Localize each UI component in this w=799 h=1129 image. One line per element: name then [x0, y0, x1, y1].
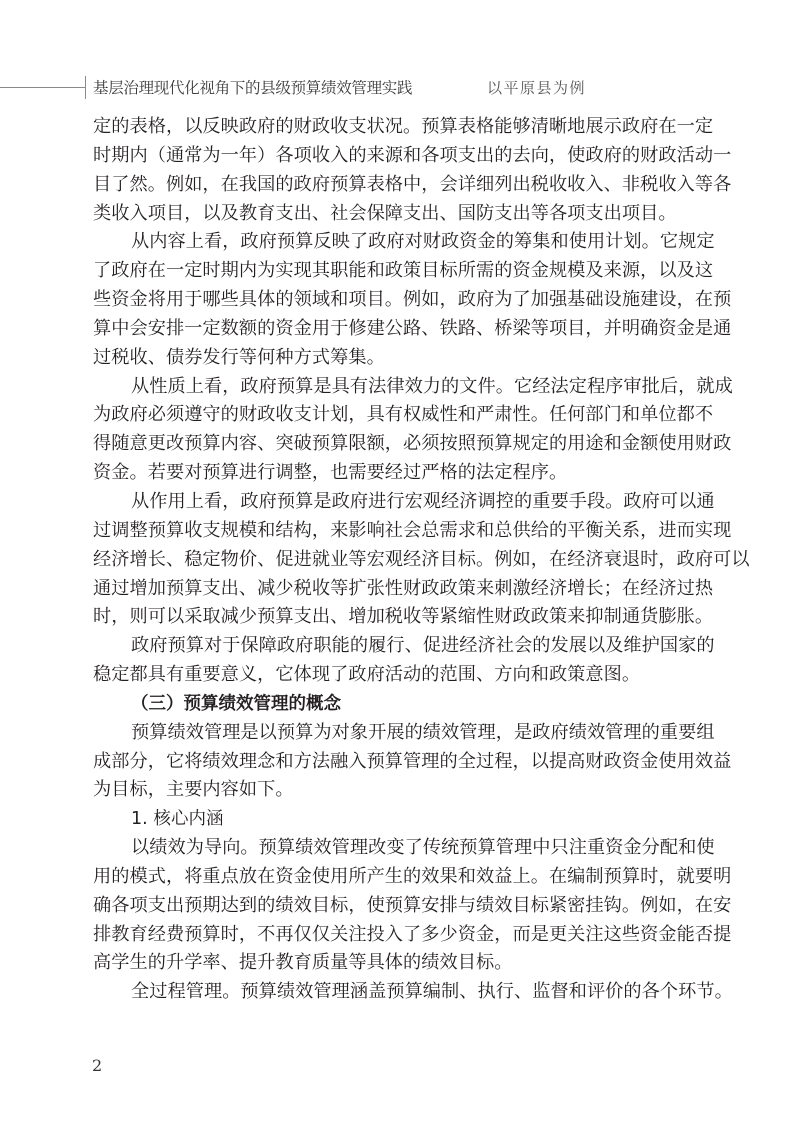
subsection-heading: 1. 核心内涵 — [93, 805, 683, 834]
paragraph-last-line: 高学生的升学率、提升教育质量等具体的绩效目标。 — [93, 949, 683, 978]
paragraph-last-line: 资金。若要对预算进行调整，也需要经过严格的法定程序。 — [93, 459, 683, 488]
paragraph-first-line: 预算绩效管理是以预算为对象开展的绩效管理，是政府绩效管理的重要组 — [93, 719, 683, 748]
text-line: 时期内（通常为一年）各项收入的来源和各项支出的去向，使政府的财政活动一 — [93, 142, 683, 171]
paragraph-last-line: 过税收、债券发行等何种方式筹集。 — [93, 344, 683, 373]
text-line: 成部分，它将绩效理念和方法融入预算管理的全过程，以提高财政资金使用效益 — [93, 748, 683, 777]
paragraph-first-line: 以绩效为导向。预算绩效管理改变了传统预算管理中只注重资金分配和使 — [93, 834, 683, 863]
text-line: 算中会安排一定数额的资金用于修建公路、铁路、桥梁等项目，并明确资金是通 — [93, 315, 683, 344]
text-line: 了政府在一定时期内为实现其职能和政策目标所需的资金规模及来源，以及这 — [93, 257, 683, 286]
text-line: 目了然。例如，在我国的政府预算表格中，会详细列出税收收入、非税收入等各 — [93, 171, 683, 200]
paragraph-first-line: 从作用上看，政府预算是政府进行宏观经济调控的重要手段。政府可以通 — [93, 488, 683, 517]
running-head: 基层治理现代化视角下的县级预算绩效管理实践 以平原县为例 — [0, 74, 799, 100]
text-line: 确各项支出预期达到的绩效目标，使预算安排与绩效目标紧密挂钩。例如，在安 — [93, 892, 683, 921]
paragraph-last-line: 为目标，主要内容如下。 — [93, 776, 683, 805]
paragraph-first-line: 政府预算对于保障政府职能的履行、促进经济社会的发展以及维护国家的 — [93, 632, 683, 661]
text-line: 过调整预算收支规模和结构，来影响社会总需求和总供给的平衡关系，进而实现 — [93, 517, 683, 546]
book-subtitle: 以平原县为例 — [487, 77, 586, 98]
page-number: 2 — [92, 1056, 102, 1075]
paragraph-last-line: 类收入项目，以及教育支出、社会保障支出、国防支出等各项支出项目。 — [93, 200, 683, 229]
paragraph-first-line: 从性质上看，政府预算是具有法律效力的文件。它经法定程序审批后，就成 — [93, 373, 683, 402]
book-title: 基层治理现代化视角下的县级预算绩效管理实践 — [93, 76, 412, 98]
text-line: 为政府必须遵守的财政收支计划，具有权威性和严肃性。任何部门和单位都不 — [93, 401, 683, 430]
text-line: 排教育经费预算时，不再仅仅关注投入了多少资金，而是更关注这些资金能否提 — [93, 921, 683, 950]
header-divider-tick — [85, 76, 86, 99]
paragraph-last-line: 时，则可以采取减少预算支出、增加税收等紧缩性财政政策来抑制通货膨胀。 — [93, 603, 683, 632]
text-line: 些资金将用于哪些具体的领域和项目。例如，政府为了加强基础设施建设，在预 — [93, 286, 683, 315]
paragraph-first-line: 全过程管理。预算绩效管理涵盖预算编制、执行、监督和评价的各个环节。 — [93, 978, 683, 1007]
paragraph-first-line: 从内容上看，政府预算反映了政府对财政资金的筹集和使用计划。它规定 — [93, 228, 683, 257]
text-line: 经济增长、稳定物价、促进就业等宏观经济目标。例如，在经济衰退时，政府可以 — [93, 546, 683, 575]
section-heading: （三）预算绩效管理的概念 — [93, 690, 683, 719]
text-line: 得随意更改预算内容、突破预算限额，必须按照预算规定的用途和金额使用财政 — [93, 430, 683, 459]
paragraph-last-line: 稳定都具有重要意义，它体现了政府活动的范围、方向和政策意图。 — [93, 661, 683, 690]
text-line: 通过增加预算支出、减少税收等扩张性财政政策来刺激经济增长；在经济过热 — [93, 575, 683, 604]
text-line: 定的表格，以反映政府的财政收支状况。预算表格能够清晰地展示政府在一定 — [93, 113, 683, 142]
text-line: 用的模式，将重点放在资金使用所产生的效果和效益上。在编制预算时，就要明 — [93, 863, 683, 892]
page-body: 定的表格，以反映政府的财政收支状况。预算表格能够清晰地展示政府在一定时期内（通常… — [93, 113, 683, 1007]
header-rule — [0, 87, 85, 88]
